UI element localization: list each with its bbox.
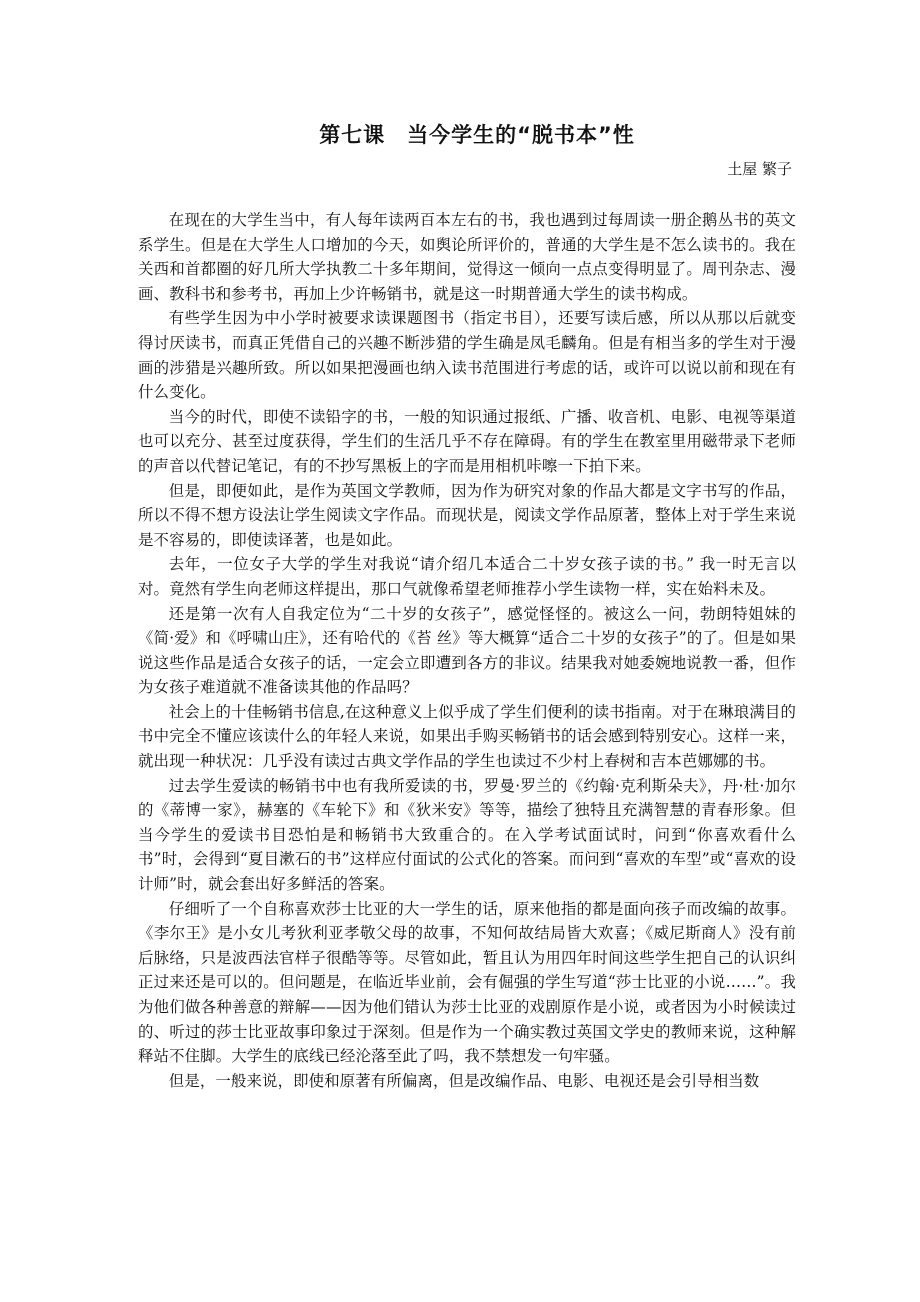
author-name: 土屋 繁子 — [138, 158, 796, 180]
paragraph-6: 还是第一次有人自我定位为“二十岁的女孩子”，感觉怪怪的。被这么一问，勃朗特姐妹的… — [138, 602, 796, 700]
paragraph-1: 在现在的大学生当中，有人每年读两百本左右的书，我也遇到过每周读一册企鹅丛书的英文… — [138, 208, 796, 306]
paragraph-10: 但是，一般来说，即使和原著有所偏离，但是改编作品、电影、电视还是会引导相当数 — [138, 1069, 796, 1094]
paragraph-8: 过去学生爱读的畅销书中也有我所爱读的书，罗曼·罗兰的《约翰·克利斯朵夫》，丹·杜… — [138, 774, 796, 897]
paragraph-7: 社会上的十佳畅销书信息,在这种意义上似乎成了学生们便利的读书指南。对于在琳琅满目… — [138, 700, 796, 774]
paragraph-3: 当今的时代，即使不读铅字的书，一般的知识通过报纸、广播、收音机、电影、电视等渠道… — [138, 405, 796, 479]
paragraph-9: 仔细听了一个自称喜欢莎士比亚的大一学生的话，原来他指的都是面向孩子而改编的故事。… — [138, 897, 796, 1069]
paragraph-4: 但是，即便如此，是作为英国文学教师，因为作为研究对象的作品大都是文字书写的作品，… — [138, 479, 796, 553]
paragraph-5: 去年，一位女子大学的学生对我说“请介绍几本适合二十岁女孩子读的书。” 我一时无言… — [138, 552, 796, 601]
lesson-title: 第七课 当今学生的“脱书本”性 — [158, 118, 796, 152]
article-body: 在现在的大学生当中，有人每年读两百本左右的书，我也遇到过每周读一册企鹅丛书的英文… — [138, 208, 796, 1093]
paragraph-2: 有些学生因为中小学时被要求读课题图书（指定书目），还要写读后感，所以从那以后就变… — [138, 306, 796, 404]
document-page: 第七课 当今学生的“脱书本”性 土屋 繁子 在现在的大学生当中，有人每年读两百本… — [138, 118, 796, 1093]
